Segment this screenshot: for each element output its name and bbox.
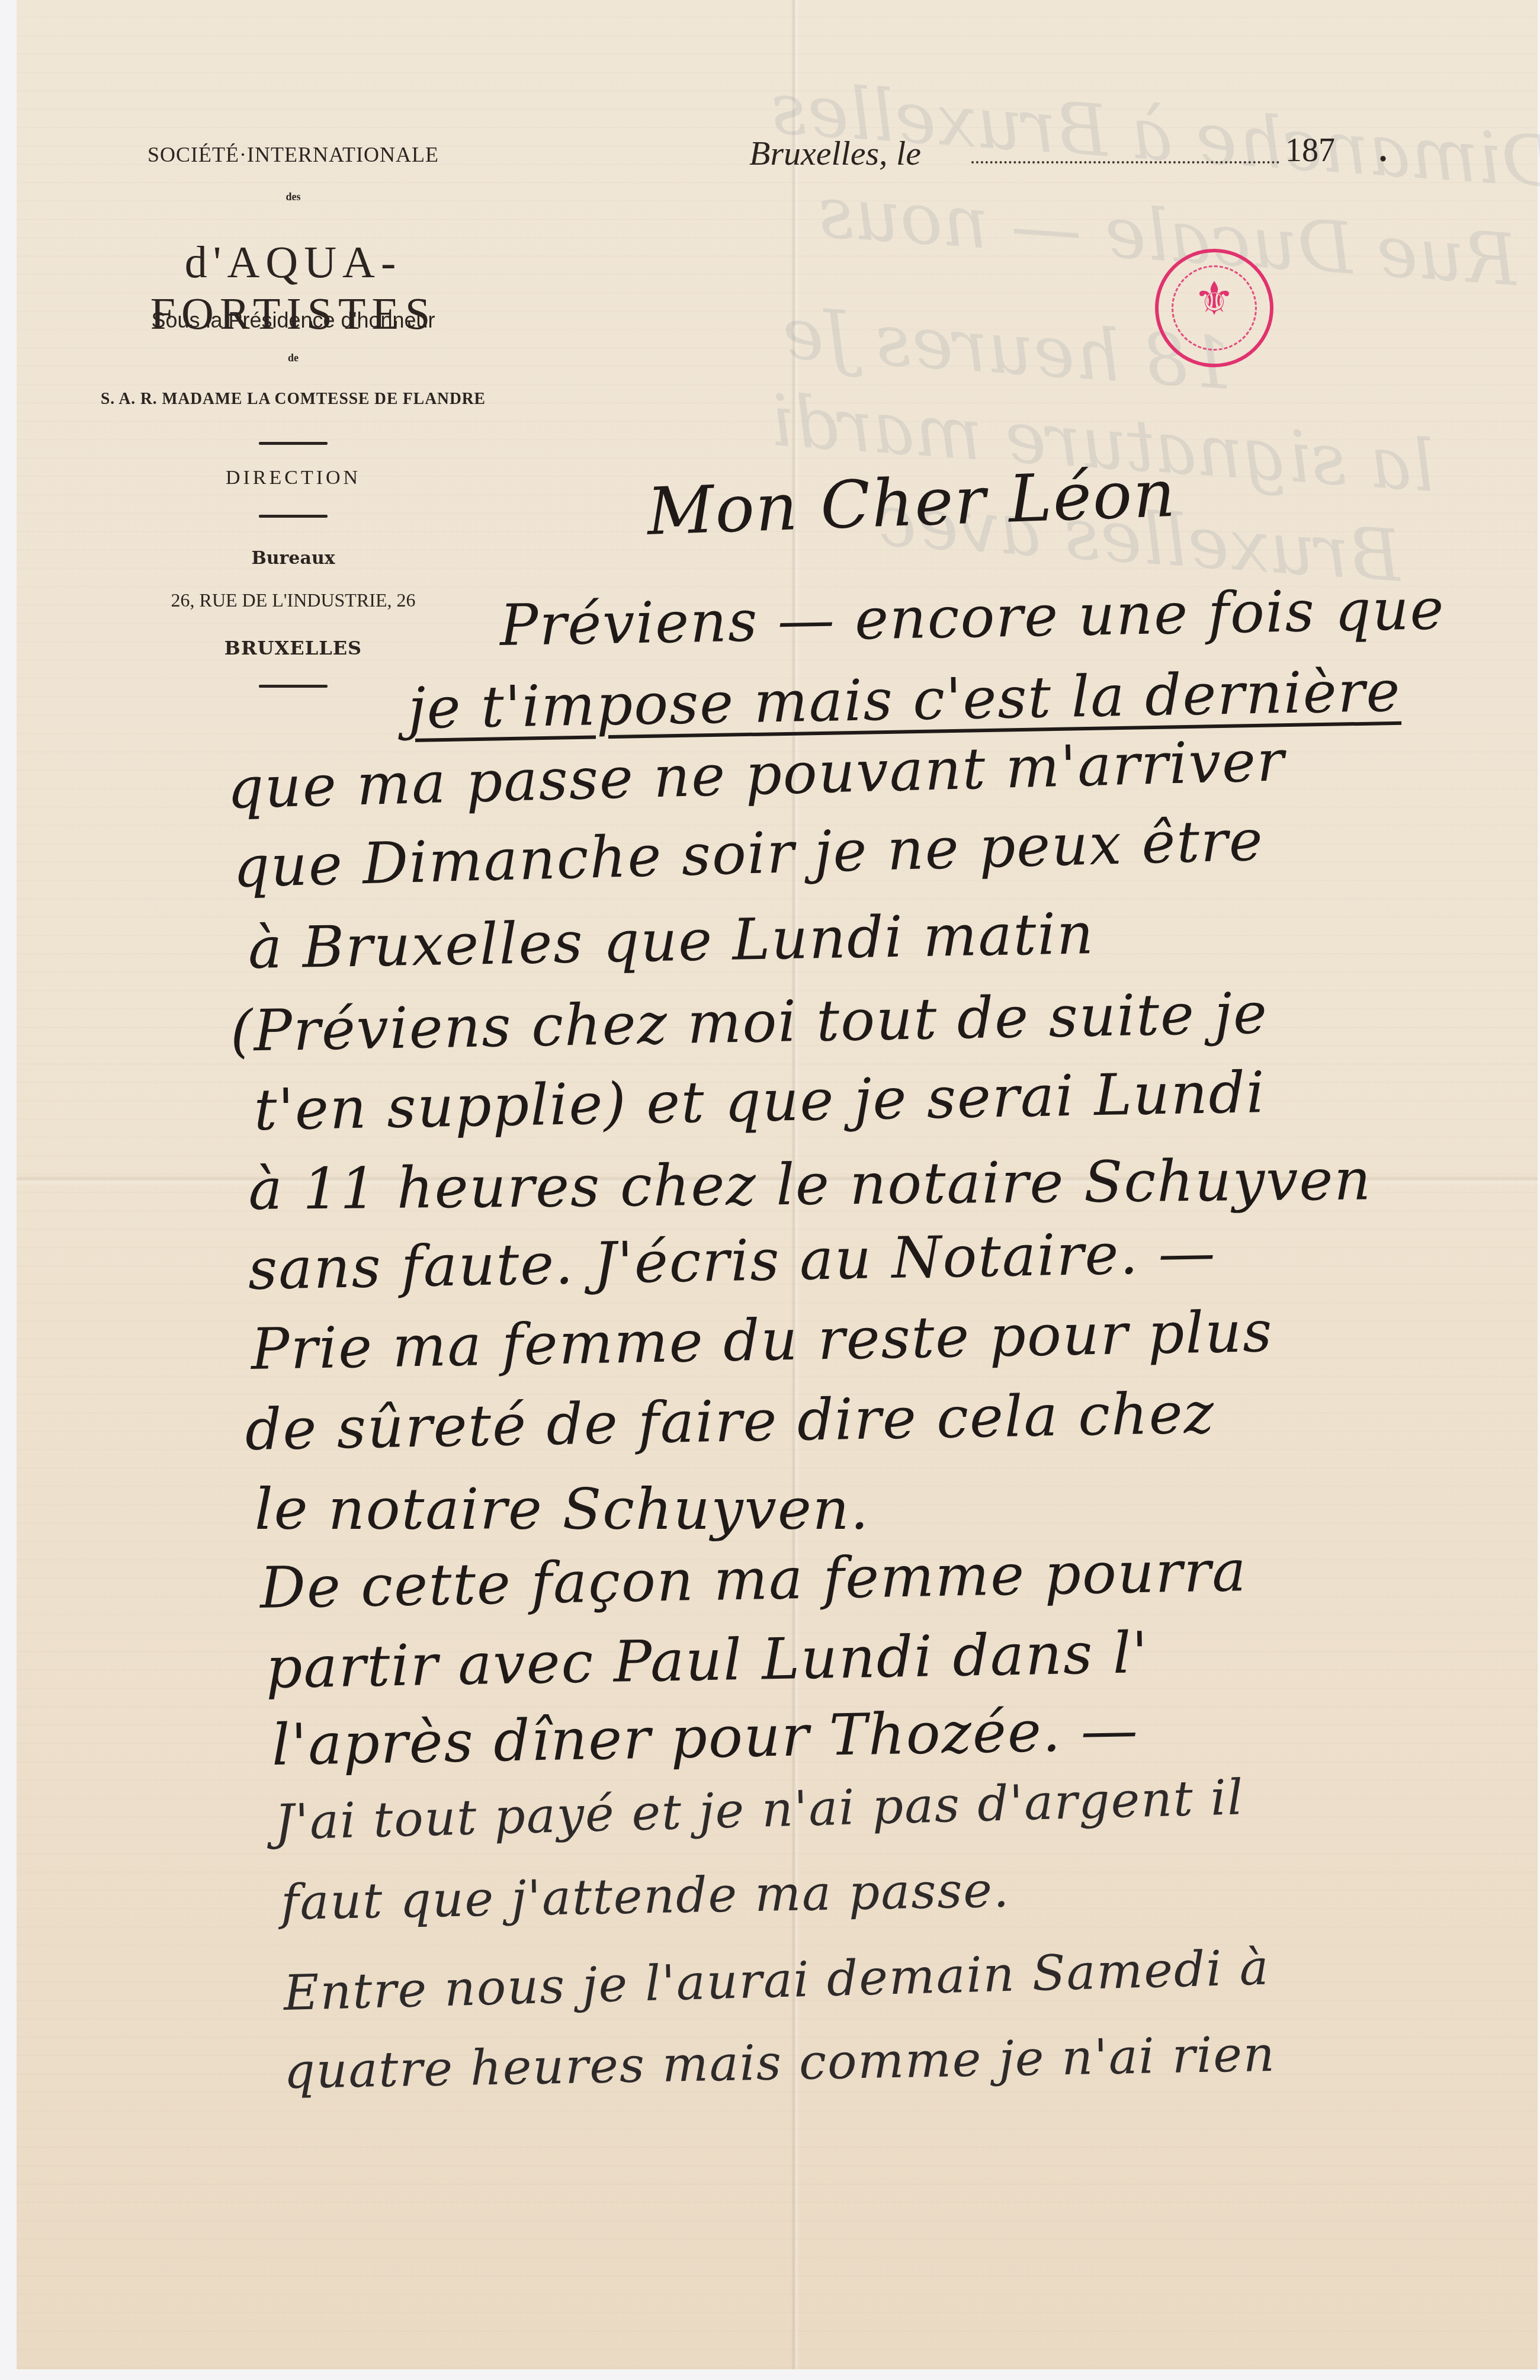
letter-line: le notaire Schuyven. (255, 1476, 870, 1542)
letterhead-patron: S. A. R. MADAME LA COMTESSE DE FLANDRE (94, 389, 492, 409)
letterhead-bureaux: Bureaux (77, 548, 509, 569)
dateline-place: Bruxelles, le (749, 133, 921, 173)
dateline-blank (971, 161, 1279, 163)
dateline-year: 187 (1285, 131, 1335, 169)
letterhead-rule (259, 515, 328, 518)
letterhead-rule (259, 442, 328, 445)
letter-line: à 11 heures chez le notaire Schuyven (248, 1146, 1372, 1223)
letterhead-de: de (77, 352, 509, 364)
dateline-period: . (1379, 131, 1387, 169)
letterhead-rule (259, 685, 328, 688)
letterhead-des: des (77, 191, 509, 203)
library-stamp: ⚜ (1155, 249, 1273, 367)
letterhead-direction: DIRECTION (77, 467, 509, 489)
letterhead-society: SOCIÉTÉ·INTERNATIONALE (77, 142, 509, 167)
letterhead-city: BRUXELLES (77, 637, 509, 659)
letterhead-presidence: Sous la Présidence d'honneur (77, 308, 509, 333)
fleur-de-lis-icon: ⚜ (1159, 276, 1270, 322)
letterhead-address: 26, RUE DE L'INDUSTRIE, 26 (77, 589, 509, 611)
